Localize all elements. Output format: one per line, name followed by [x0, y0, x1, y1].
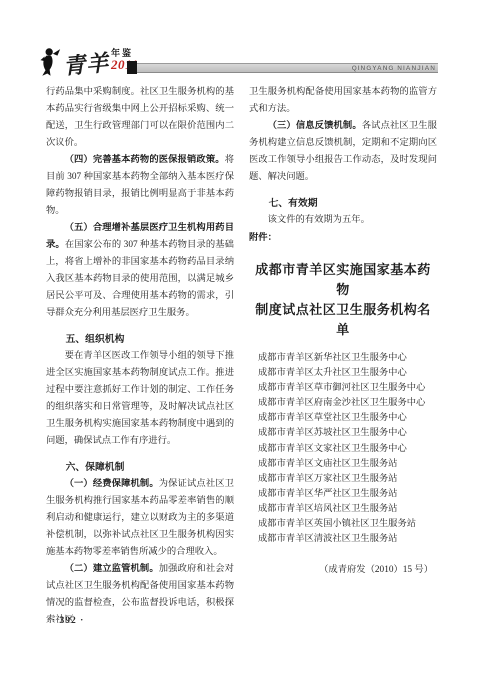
paragraph: （三）信息反馈机制。各试点社区卫生服务机构建立信息反馈机制，定期和不定期向区医改…	[249, 118, 437, 186]
institution-list: 成都市青羊区新华社区卫生服务中心 成都市青羊区太升社区卫生服务中心 成都市青羊区…	[249, 351, 437, 547]
institution-list-item: 成都市青羊区文家社区卫生服务中心	[258, 442, 437, 457]
attachment-title-line2: 制度试点社区卫生服务机构名单	[255, 302, 431, 337]
attachment-title-line1: 成都市青羊区实施国家基本药物	[255, 262, 431, 297]
institution-list-item: 成都市青羊区清波社区卫生服务站	[258, 532, 437, 547]
document-number: （成青府发（2010）15 号）	[249, 562, 437, 579]
paragraph-lead: （二）建立监管机制。	[65, 564, 159, 574]
paragraph: 该文件的有效期为五年。	[249, 212, 437, 229]
paragraph: （一）经费保障机制。为保证试点社区卫生服务机构推行国家基本药品零差率销售的顺利启…	[46, 476, 234, 561]
yearbook-logo: 青羊 年鉴 2011	[40, 46, 138, 79]
paragraph-text: 在国家公布的 307 种基本药物目录的基础上，将省上增补的非国家基本药物药品目录…	[46, 240, 234, 318]
header-pinyin-text: QINGYANG NIANJIAN	[352, 65, 436, 72]
institution-list-item: 成都市青羊区太升社区卫生服务中心	[258, 366, 437, 381]
institution-list-item: 成都市青羊区培风社区卫生服务站	[258, 502, 437, 517]
right-column: 卫生服务机构配备使用国家基本药物的监管方式和方法。 （三）信息反馈机制。各试点社…	[249, 84, 437, 629]
paragraph-lead: （三）信息反馈机制。	[268, 121, 362, 131]
institution-list-item: 成都市青羊区万家社区卫生服务站	[258, 472, 437, 487]
institution-list-item: 成都市青羊区文庙社区卫生服务站	[258, 457, 437, 472]
institution-list-item: 成都市青羊区英国小镇社区卫生服务站	[258, 517, 437, 532]
institution-list-item: 成都市青羊区华严社区卫生服务站	[258, 487, 437, 502]
institution-list-item: 成都市青羊区苏坡社区卫生服务中心	[258, 426, 437, 441]
institution-list-item: 成都市青羊区新华社区卫生服务中心	[258, 351, 437, 366]
paragraph: 卫生服务机构配备使用国家基本药物的监管方式和方法。	[249, 84, 437, 118]
institution-list-item: 成都市青羊区府南金沙社区卫生服务中心	[258, 396, 437, 411]
page-number: · 392 ·	[52, 616, 84, 626]
logo-title-calligraphy: 青羊	[62, 46, 111, 81]
paragraph-text: 为保证试点社区卫生服务机构推行国家基本药品零差率销售的顺利启动和健康运行，建立以…	[46, 479, 234, 557]
paragraph: （五）合理增补基层医疗卫生机构用药目录。在国家公布的 307 种基本药物目录的基…	[46, 220, 234, 322]
header-square-marker	[127, 61, 137, 74]
paragraph-lead: （一）经费保障机制。	[65, 479, 159, 489]
dancer-silhouette-icon	[40, 46, 62, 78]
institution-list-item: 成都市青羊区草堂社区卫生服务中心	[258, 411, 437, 426]
page-footer: · 392 ·	[52, 616, 84, 626]
paragraph: 行药品集中采购制度。社区卫生服务机构的基本药品实行省级集中网上公开招标采购、统一…	[46, 84, 234, 152]
yearbook-page: 青羊 年鉴 2011 QINGYANG NIANJIAN 行药品集中采购制度。社…	[0, 0, 480, 680]
attachment-title: 成都市青羊区实施国家基本药物制度试点社区卫生服务机构名单	[249, 260, 437, 340]
paragraph-lead: （四）完善基本药物的医保报销政策。	[65, 155, 225, 165]
section-heading-7: 七、有效期	[249, 195, 437, 212]
header-rule-bar: QINGYANG NIANJIAN	[128, 63, 438, 73]
attachment-label: 附件：	[249, 230, 437, 247]
left-column: 行药品集中采购制度。社区卫生服务机构的基本药品实行省级集中网上公开招标采购、统一…	[46, 84, 234, 629]
document-body: 行药品集中采购制度。社区卫生服务机构的基本药品实行省级集中网上公开招标采购、统一…	[46, 84, 438, 629]
institution-list-item: 成都市青羊区草市御河社区卫生服务中心	[258, 381, 437, 396]
section-heading-5: 五、组织机构	[46, 331, 234, 348]
section-heading-6: 六、保障机制	[46, 459, 234, 476]
paragraph: （四）完善基本药物的医保报销政策。将目前 307 种国家基本药物全部纳入基本医疗…	[46, 152, 234, 220]
paragraph: 要在青羊区医改工作领导小组的领导下推进全区实施国家基本药物制度试点工作。推进过程…	[46, 348, 234, 450]
page-header: 青羊 年鉴 2011 QINGYANG NIANJIAN	[40, 46, 438, 80]
